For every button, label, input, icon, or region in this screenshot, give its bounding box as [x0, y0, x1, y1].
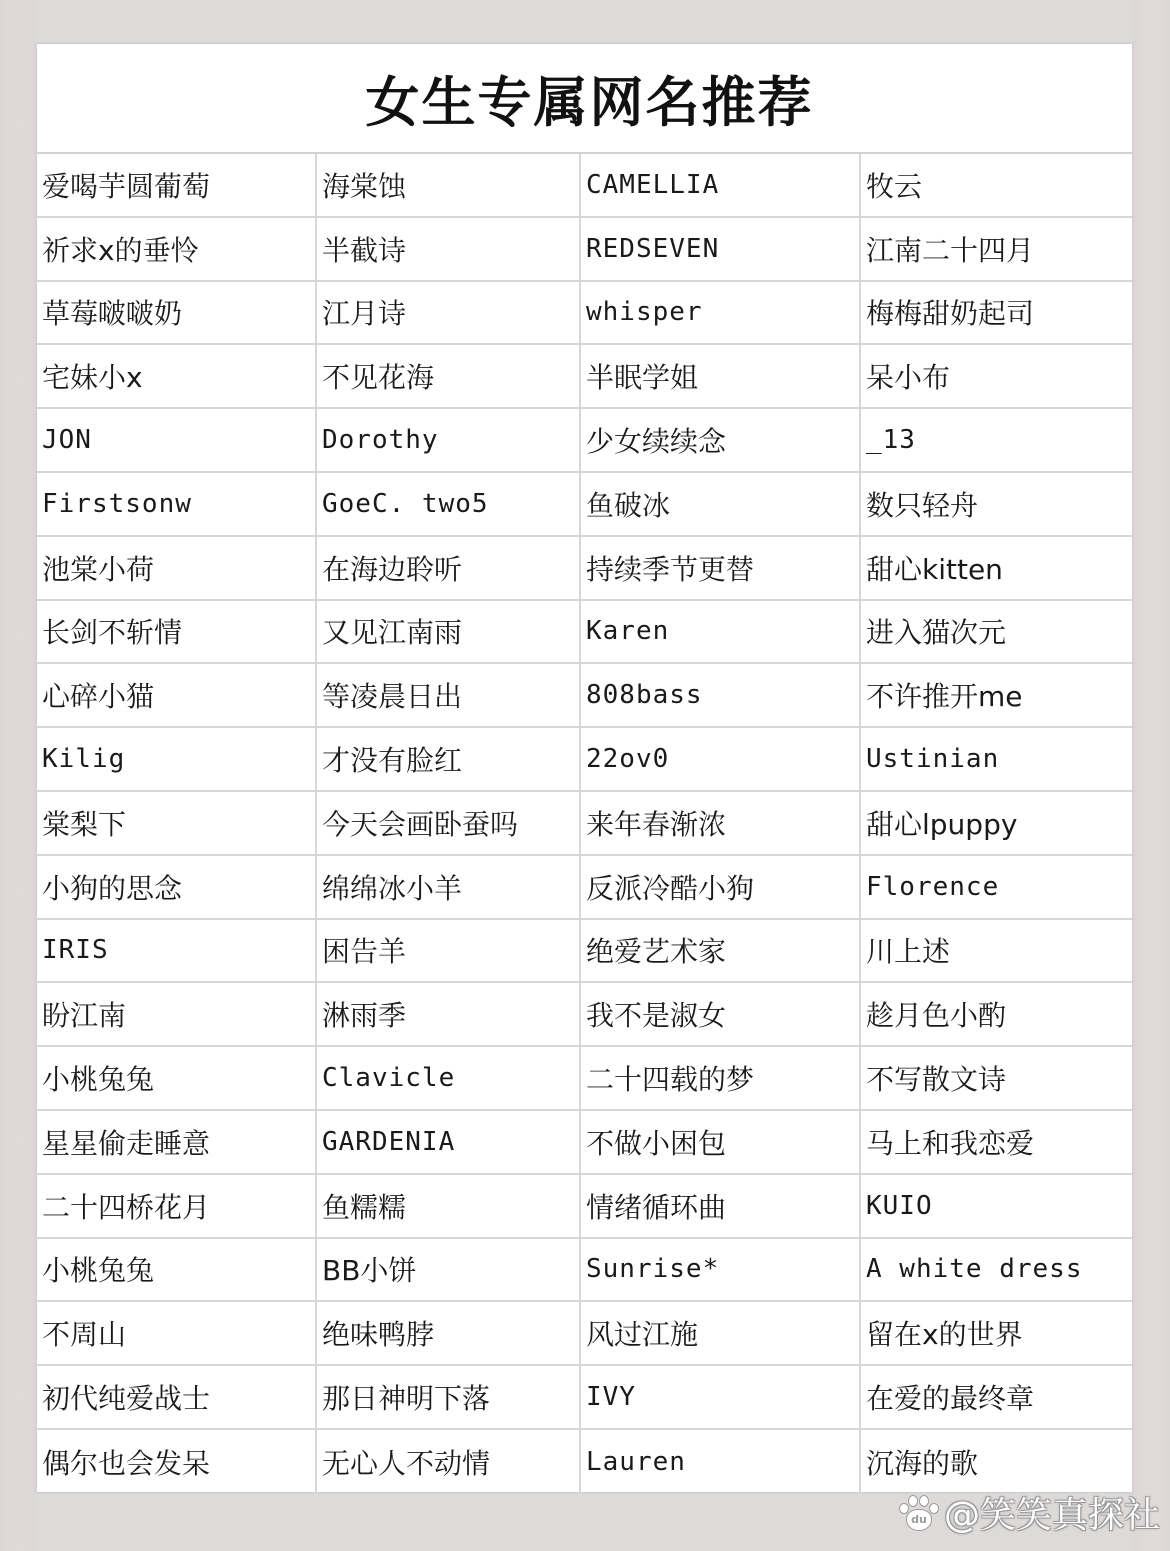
table-cell: 盼江南	[37, 983, 317, 1047]
nickname-text: 留在x的世界	[866, 1313, 1023, 1353]
nickname-text: 鱼糯糯	[322, 1186, 406, 1226]
nickname-text: 星星偷走睡意	[42, 1122, 210, 1162]
nickname-text: 无心人不动情	[322, 1442, 490, 1482]
nickname-text: 海棠蚀	[322, 165, 406, 205]
table-cell: Karen	[581, 601, 861, 665]
nickname-text: 不许推开me	[866, 675, 1023, 715]
nickname-text: GoeC. two5	[322, 489, 489, 519]
table-cell: 22ov0	[581, 728, 861, 792]
nickname-text: 不做小困包	[586, 1122, 726, 1162]
table-cell: 心碎小猫	[37, 664, 317, 728]
nickname-text: 宅妹小x	[42, 356, 143, 396]
nickname-text: 等凌晨日出	[322, 675, 462, 715]
table-cell: 鱼破冰	[581, 473, 861, 537]
nickname-text: Karen	[586, 616, 669, 646]
table-cell: 甜心kitten	[861, 537, 1132, 601]
table-cell: 偶尔也会发呆	[37, 1430, 317, 1494]
nickname-text: 小桃兔兔	[42, 1249, 154, 1289]
watermark: du @笑笑真探社	[898, 1487, 1160, 1538]
nickname-text: A white dress	[866, 1254, 1083, 1284]
table-cell: Clavicle	[317, 1047, 581, 1111]
table-cell: whisper	[581, 282, 861, 346]
nickname-text: 绝味鸭脖	[322, 1313, 434, 1353]
nickname-text: 甜心lpuppy	[866, 803, 1017, 843]
table-cell: 我不是淑女	[581, 983, 861, 1047]
table-cell: Kilig	[37, 728, 317, 792]
table-cell: 进入猫次元	[861, 601, 1132, 665]
nickname-text: 心碎小猫	[42, 675, 154, 715]
nickname-text: 不周山	[42, 1313, 126, 1353]
nickname-text: 二十四载的梦	[586, 1058, 754, 1098]
table-cell: 鱼糯糯	[317, 1175, 581, 1239]
table-cell: 趁月色小酌	[861, 983, 1132, 1047]
nickname-text: 半截诗	[322, 229, 406, 269]
nickname-text: 初代纯爱战士	[42, 1377, 210, 1417]
nickname-text: Clavicle	[322, 1063, 455, 1093]
table-cell: Florence	[861, 856, 1132, 920]
table-cell: 不写散文诗	[861, 1047, 1132, 1111]
table-cell: 小桃兔兔	[37, 1239, 317, 1303]
background-right-edge	[1133, 0, 1170, 1551]
table-cell: 牧云	[861, 154, 1132, 218]
nickname-text: 在爱的最终章	[866, 1377, 1034, 1417]
nickname-text: 在海边聆听	[322, 548, 462, 588]
nickname-text: 沉海的歌	[866, 1442, 978, 1482]
table-cell: _13	[861, 409, 1132, 473]
background-left-edge	[0, 0, 36, 1551]
table-cell: 困告羊	[317, 920, 581, 984]
table-cell: JON	[37, 409, 317, 473]
table-cell: 江南二十四月	[861, 218, 1132, 282]
nickname-text: 持续季节更替	[586, 548, 754, 588]
watermark-text: @笑笑真探社	[944, 1487, 1160, 1538]
table-cell: 淋雨季	[317, 983, 581, 1047]
nickname-text: 淋雨季	[322, 994, 406, 1034]
table-cell: 小狗的思念	[37, 856, 317, 920]
table-cell: 半眠学姐	[581, 345, 861, 409]
table-cell: 草莓啵啵奶	[37, 282, 317, 346]
nickname-text: 梅梅甜奶起司	[866, 292, 1034, 332]
nickname-text: 半眠学姐	[586, 356, 698, 396]
table-cell: 才没有脸红	[317, 728, 581, 792]
table-cell: 绝味鸭脖	[317, 1302, 581, 1366]
table-cell: 甜心lpuppy	[861, 792, 1132, 856]
table-cell: CAMELLIA	[581, 154, 861, 218]
table-cell: 初代纯爱战士	[37, 1366, 317, 1430]
nickname-text: 川上述	[866, 930, 950, 970]
table-cell: 宅妹小x	[37, 345, 317, 409]
table-cell: 棠梨下	[37, 792, 317, 856]
nickname-text: 甜心kitten	[866, 548, 1003, 588]
nickname-text: 趁月色小酌	[866, 994, 1006, 1034]
table-cell: 小桃兔兔	[37, 1047, 317, 1111]
nickname-text: _13	[866, 425, 916, 455]
table-cell: REDSEVEN	[581, 218, 861, 282]
table-cell: 江月诗	[317, 282, 581, 346]
table-cell: 爱喝芋圆葡萄	[37, 154, 317, 218]
nickname-text: 江月诗	[322, 292, 406, 332]
table-cell: 不见花海	[317, 345, 581, 409]
table-cell: Firstsonw	[37, 473, 317, 537]
nickname-text: Lauren	[586, 1447, 686, 1477]
table-cell: 今天会画卧蚕吗	[317, 792, 581, 856]
baidu-paw-icon: du	[898, 1493, 938, 1533]
nickname-text: 才没有脸红	[322, 739, 462, 779]
nickname-text: 不见花海	[322, 356, 434, 396]
nickname-text: 小桃兔兔	[42, 1058, 154, 1098]
table-cell: BB小饼	[317, 1239, 581, 1303]
table-cell: GoeC. two5	[317, 473, 581, 537]
table-cell: A white dress	[861, 1239, 1132, 1303]
nickname-text: 绝爱艺术家	[586, 930, 726, 970]
nickname-text: whisper	[586, 297, 703, 327]
nickname-text: 我不是淑女	[586, 994, 726, 1034]
table-cell: 少女续续念	[581, 409, 861, 473]
nickname-text: 二十四桥花月	[42, 1186, 210, 1226]
table-cell: Lauren	[581, 1430, 861, 1494]
table-cell: 绵绵冰小羊	[317, 856, 581, 920]
nickname-text: CAMELLIA	[586, 170, 719, 200]
table-cell: 在爱的最终章	[861, 1366, 1132, 1430]
nickname-text: REDSEVEN	[586, 234, 719, 264]
nickname-text: 池棠小荷	[42, 548, 154, 588]
table-cell: 无心人不动情	[317, 1430, 581, 1494]
table-cell: 绝爱艺术家	[581, 920, 861, 984]
nickname-text: 困告羊	[322, 930, 406, 970]
nickname-text: 草莓啵啵奶	[42, 292, 182, 332]
nickname-text: Dorothy	[322, 425, 439, 455]
table-cell: 二十四桥花月	[37, 1175, 317, 1239]
nickname-text: 不写散文诗	[866, 1058, 1006, 1098]
table-cell: KUIO	[861, 1175, 1132, 1239]
table-cell: Sunrise*	[581, 1239, 861, 1303]
table-cell: 留在x的世界	[861, 1302, 1132, 1366]
nickname-text: 鱼破冰	[586, 484, 670, 524]
nickname-text: 牧云	[866, 165, 922, 205]
table-cell: 祈求x的垂怜	[37, 218, 317, 282]
nickname-text: 棠梨下	[42, 803, 126, 843]
table-cell: 情绪循环曲	[581, 1175, 861, 1239]
nickname-text: JON	[42, 425, 92, 455]
table-cell: 808bass	[581, 664, 861, 728]
nickname-text: 反派冷酷小狗	[586, 867, 754, 907]
table-cell: 又见江南雨	[317, 601, 581, 665]
table-cell: 梅梅甜奶起司	[861, 282, 1132, 346]
nickname-text: GARDENIA	[322, 1127, 455, 1157]
table-cell: 池棠小荷	[37, 537, 317, 601]
nickname-text: 马上和我恋爱	[866, 1122, 1034, 1162]
nickname-text: 爱喝芋圆葡萄	[42, 165, 210, 205]
nickname-text: Firstsonw	[42, 489, 192, 519]
nickname-text: 祈求x的垂怜	[42, 229, 199, 269]
nickname-text: Ustinian	[866, 744, 999, 774]
nickname-text: 22ov0	[586, 744, 669, 774]
nickname-table-sheet: 女生专属网名推荐 爱喝芋圆葡萄海棠蚀CAMELLIA牧云祈求x的垂怜半截诗RED…	[36, 43, 1133, 1493]
nickname-text: 偶尔也会发呆	[42, 1442, 210, 1482]
table-cell: 不做小困包	[581, 1111, 861, 1175]
table-cell: Dorothy	[317, 409, 581, 473]
nickname-text: 盼江南	[42, 994, 126, 1034]
table-cell: 二十四载的梦	[581, 1047, 861, 1111]
title-row: 女生专属网名推荐	[37, 44, 1132, 154]
nickname-text: Sunrise*	[586, 1254, 719, 1284]
nickname-text: 风过江施	[586, 1313, 698, 1353]
table-cell: 风过江施	[581, 1302, 861, 1366]
nickname-text: 进入猫次元	[866, 611, 1006, 651]
table-cell: 持续季节更替	[581, 537, 861, 601]
table-cell: 在海边聆听	[317, 537, 581, 601]
nickname-text: 呆小布	[866, 356, 950, 396]
table-cell: GARDENIA	[317, 1111, 581, 1175]
table-cell: 川上述	[861, 920, 1132, 984]
nickname-text: 绵绵冰小羊	[322, 867, 462, 907]
table-cell: 等凌晨日出	[317, 664, 581, 728]
nickname-text: 江南二十四月	[866, 229, 1034, 269]
table-cell: 反派冷酷小狗	[581, 856, 861, 920]
table-cell: 不周山	[37, 1302, 317, 1366]
table-cell: 来年春渐浓	[581, 792, 861, 856]
table-cell: 不许推开me	[861, 664, 1132, 728]
table-cell: 沉海的歌	[861, 1430, 1132, 1494]
nickname-text: Florence	[866, 872, 999, 902]
nickname-text: 少女续续念	[586, 420, 726, 460]
table-cell: 数只轻舟	[861, 473, 1132, 537]
nickname-text: KUIO	[866, 1191, 933, 1221]
nickname-text: Kilig	[42, 744, 125, 774]
nickname-text: IVY	[586, 1382, 636, 1412]
nickname-text: 又见江南雨	[322, 611, 462, 651]
nickname-text: IRIS	[42, 935, 109, 965]
table-cell: IVY	[581, 1366, 861, 1430]
page-title: 女生专属网名推荐	[366, 60, 814, 137]
nickname-text: 今天会画卧蚕吗	[322, 803, 518, 843]
table-cell: 那日神明下落	[317, 1366, 581, 1430]
nickname-text: 长剑不斩情	[42, 611, 182, 651]
table-cell: 马上和我恋爱	[861, 1111, 1132, 1175]
table-cell: 海棠蚀	[317, 154, 581, 218]
table-cell: 半截诗	[317, 218, 581, 282]
nickname-text: 情绪循环曲	[586, 1186, 726, 1226]
nickname-text: 数只轻舟	[866, 484, 978, 524]
table-cell: 呆小布	[861, 345, 1132, 409]
nickname-text: 来年春渐浓	[586, 803, 726, 843]
nickname-text: BB小饼	[322, 1249, 416, 1289]
table-cell: 长剑不斩情	[37, 601, 317, 665]
table-cell: Ustinian	[861, 728, 1132, 792]
nickname-text: 那日神明下落	[322, 1377, 490, 1417]
nickname-text: 小狗的思念	[42, 867, 182, 907]
nickname-grid: 爱喝芋圆葡萄海棠蚀CAMELLIA牧云祈求x的垂怜半截诗REDSEVEN江南二十…	[37, 154, 1132, 1494]
table-cell: IRIS	[37, 920, 317, 984]
nickname-text: 808bass	[586, 680, 703, 710]
table-cell: 星星偷走睡意	[37, 1111, 317, 1175]
